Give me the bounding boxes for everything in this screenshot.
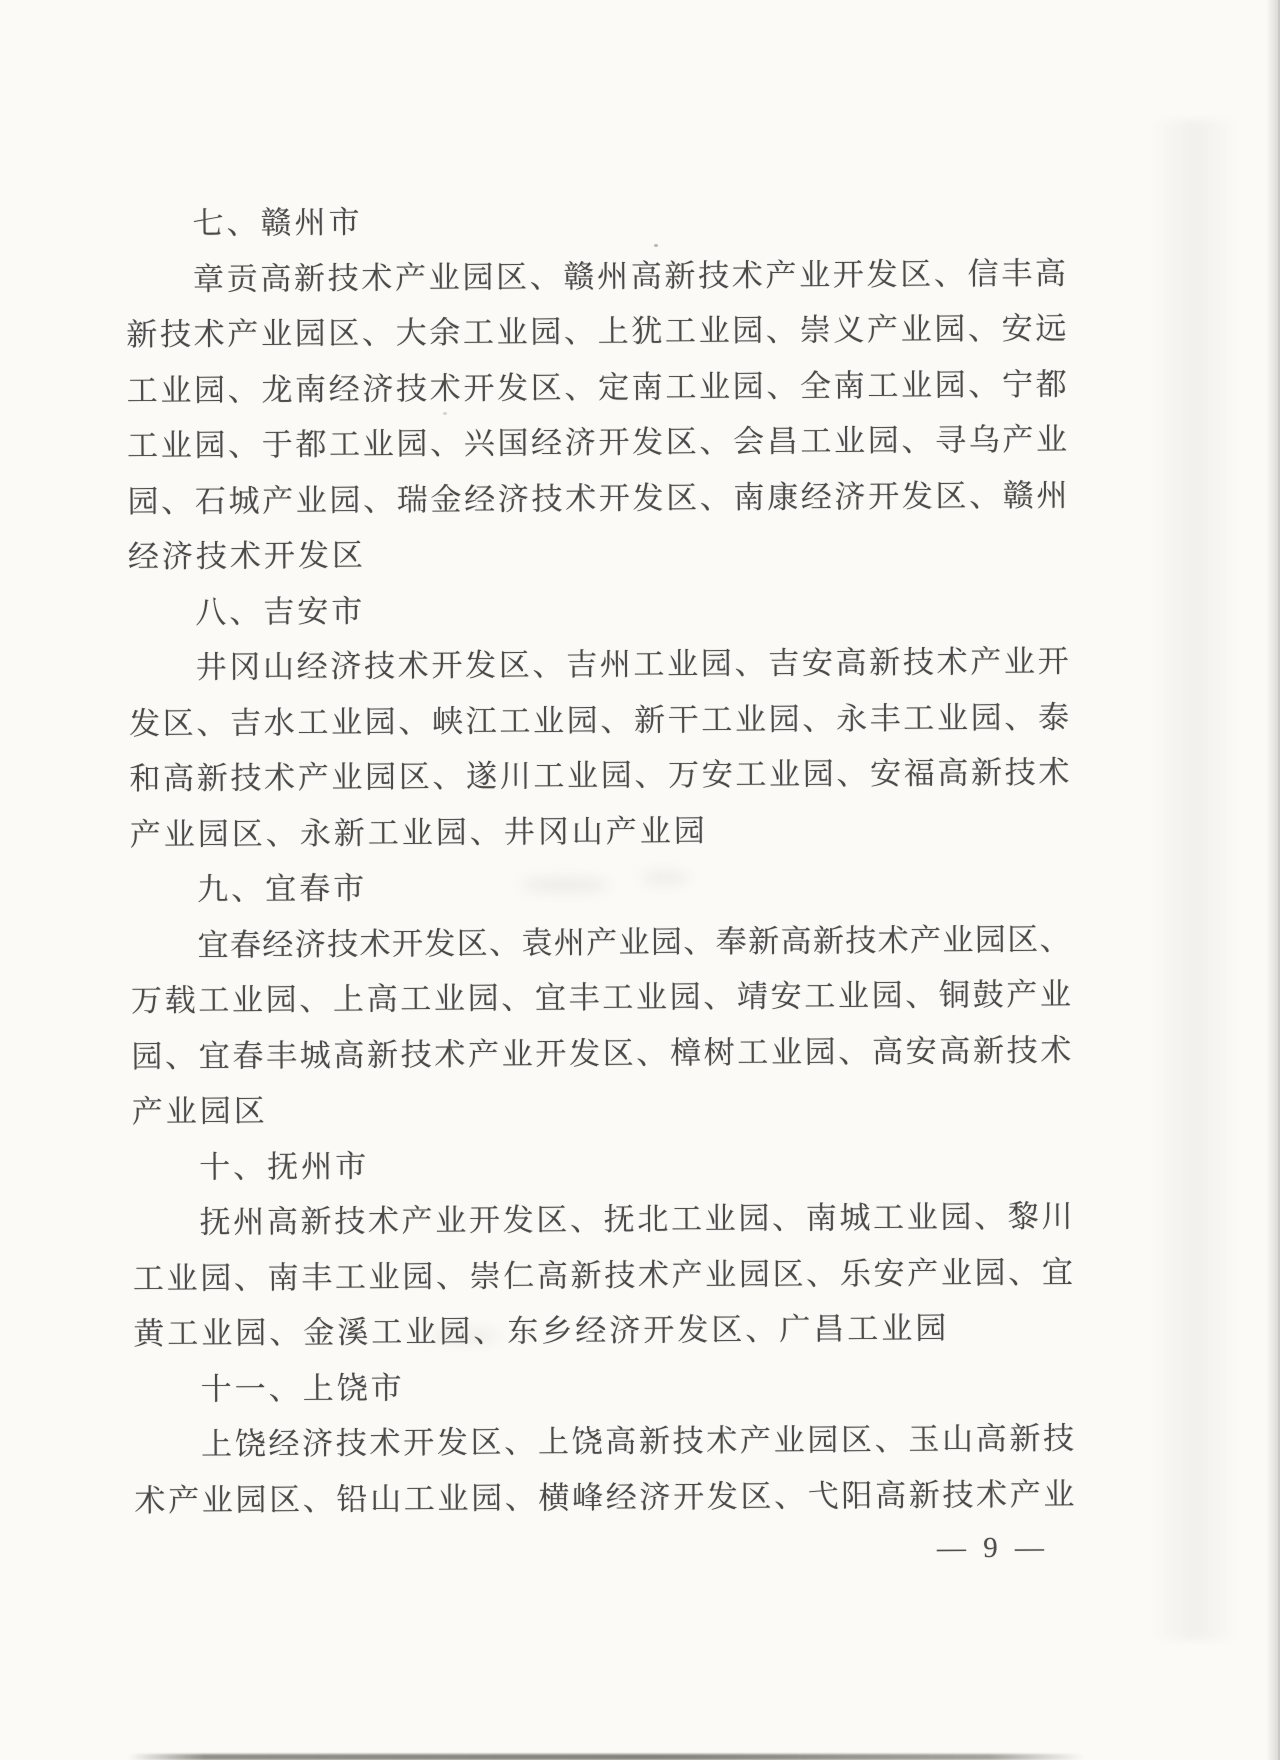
section-yichun-city: 九、宜春市 宜春经济技术开发区、袁州产业园、奉新高新技术产业园区、 万载工业园、…	[130, 856, 1072, 1140]
scan-right-edge	[1266, 0, 1280, 1760]
body-line: 产业园区	[132, 1078, 1072, 1140]
body-line: 工业园、龙南经济技术开发区、定南工业园、全南工业园、宁都	[127, 356, 1067, 418]
scan-bottom-edge	[128, 1754, 1084, 1760]
scan-shading	[1150, 120, 1240, 1640]
body-line: 抚州高新技术产业开发区、抚北工业园、南城工业园、黎川	[132, 1189, 1072, 1251]
body-line: 黄工业园、金溪工业园、东乡经济开发区、广昌工业园	[133, 1300, 1073, 1362]
body-line: 工业园、南丰工业园、崇仁高新技术产业园区、乐安产业园、宜	[133, 1244, 1073, 1306]
body-line: 井冈山经济技术开发区、吉州工业园、吉安高新技术产业开	[128, 634, 1068, 696]
section-shangrao-city: 十一、上饶市 上饶经济技术开发区、上饶高新技术产业园区、玉山高新技 术产业园区、…	[133, 1355, 1074, 1528]
section-heading: 七、赣州市	[125, 190, 1065, 252]
section-heading: 十、抚州市	[132, 1133, 1072, 1195]
body-line: 经济技术开发区	[128, 523, 1068, 585]
body-line: 新技术产业园区、大余工业园、上犹工业园、崇义产业园、安远	[126, 301, 1066, 363]
section-ganzhou-city: 七、赣州市 章贡高新技术产业园区、赣州高新技术产业开发区、信丰高 新技术产业园区…	[125, 190, 1068, 585]
section-heading: 十一、上饶市	[133, 1355, 1073, 1417]
body-line: 园、石城产业园、瑞金经济技术开发区、南康经济开发区、赣州	[127, 467, 1067, 529]
body-line: 产业园区、永新工业园、井冈山产业园	[130, 800, 1070, 862]
body-line: 上饶经济技术开发区、上饶高新技术产业园区、玉山高新技	[134, 1411, 1074, 1473]
body-line: 工业园、于都工业园、兴国经济开发区、会昌工业园、寻乌产业	[127, 412, 1067, 474]
body-line: 术产业园区、铅山工业园、横峰经济开发区、弋阳高新技术产业	[134, 1466, 1074, 1528]
scanned-document-page: 七、赣州市 章贡高新技术产业园区、赣州高新技术产业开发区、信丰高 新技术产业园区…	[0, 0, 1280, 1760]
body-line: 发区、吉水工业园、峡江工业园、新干工业园、永丰工业园、泰	[129, 689, 1069, 751]
body-line: 宜春经济技术开发区、袁州产业园、奉新高新技术产业园区、	[130, 911, 1070, 973]
body-line: 章贡高新技术产业园区、赣州高新技术产业开发区、信丰高	[126, 245, 1066, 307]
section-heading: 九、宜春市	[130, 856, 1070, 918]
section-fuzhou-city: 十、抚州市 抚州高新技术产业开发区、抚北工业园、南城工业园、黎川 工业园、南丰工…	[132, 1133, 1074, 1362]
section-heading: 八、吉安市	[128, 578, 1068, 640]
document-content: 七、赣州市 章贡高新技术产业园区、赣州高新技术产业开发区、信丰高 新技术产业园区…	[125, 190, 1074, 1529]
body-line: 万载工业园、上高工业园、宜丰工业园、靖安工业园、铜鼓产业	[131, 967, 1071, 1029]
page-number: — 9 —	[908, 1522, 1078, 1575]
body-line: 和高新技术产业园区、遂川工业园、万安工业园、安福高新技术	[129, 745, 1069, 807]
section-jian-city: 八、吉安市 井冈山经济技术开发区、吉州工业园、吉安高新技术产业开 发区、吉水工业…	[128, 578, 1070, 862]
body-line: 园、宜春丰城高新技术产业开发区、樟树工业园、高安高新技术	[131, 1022, 1071, 1084]
